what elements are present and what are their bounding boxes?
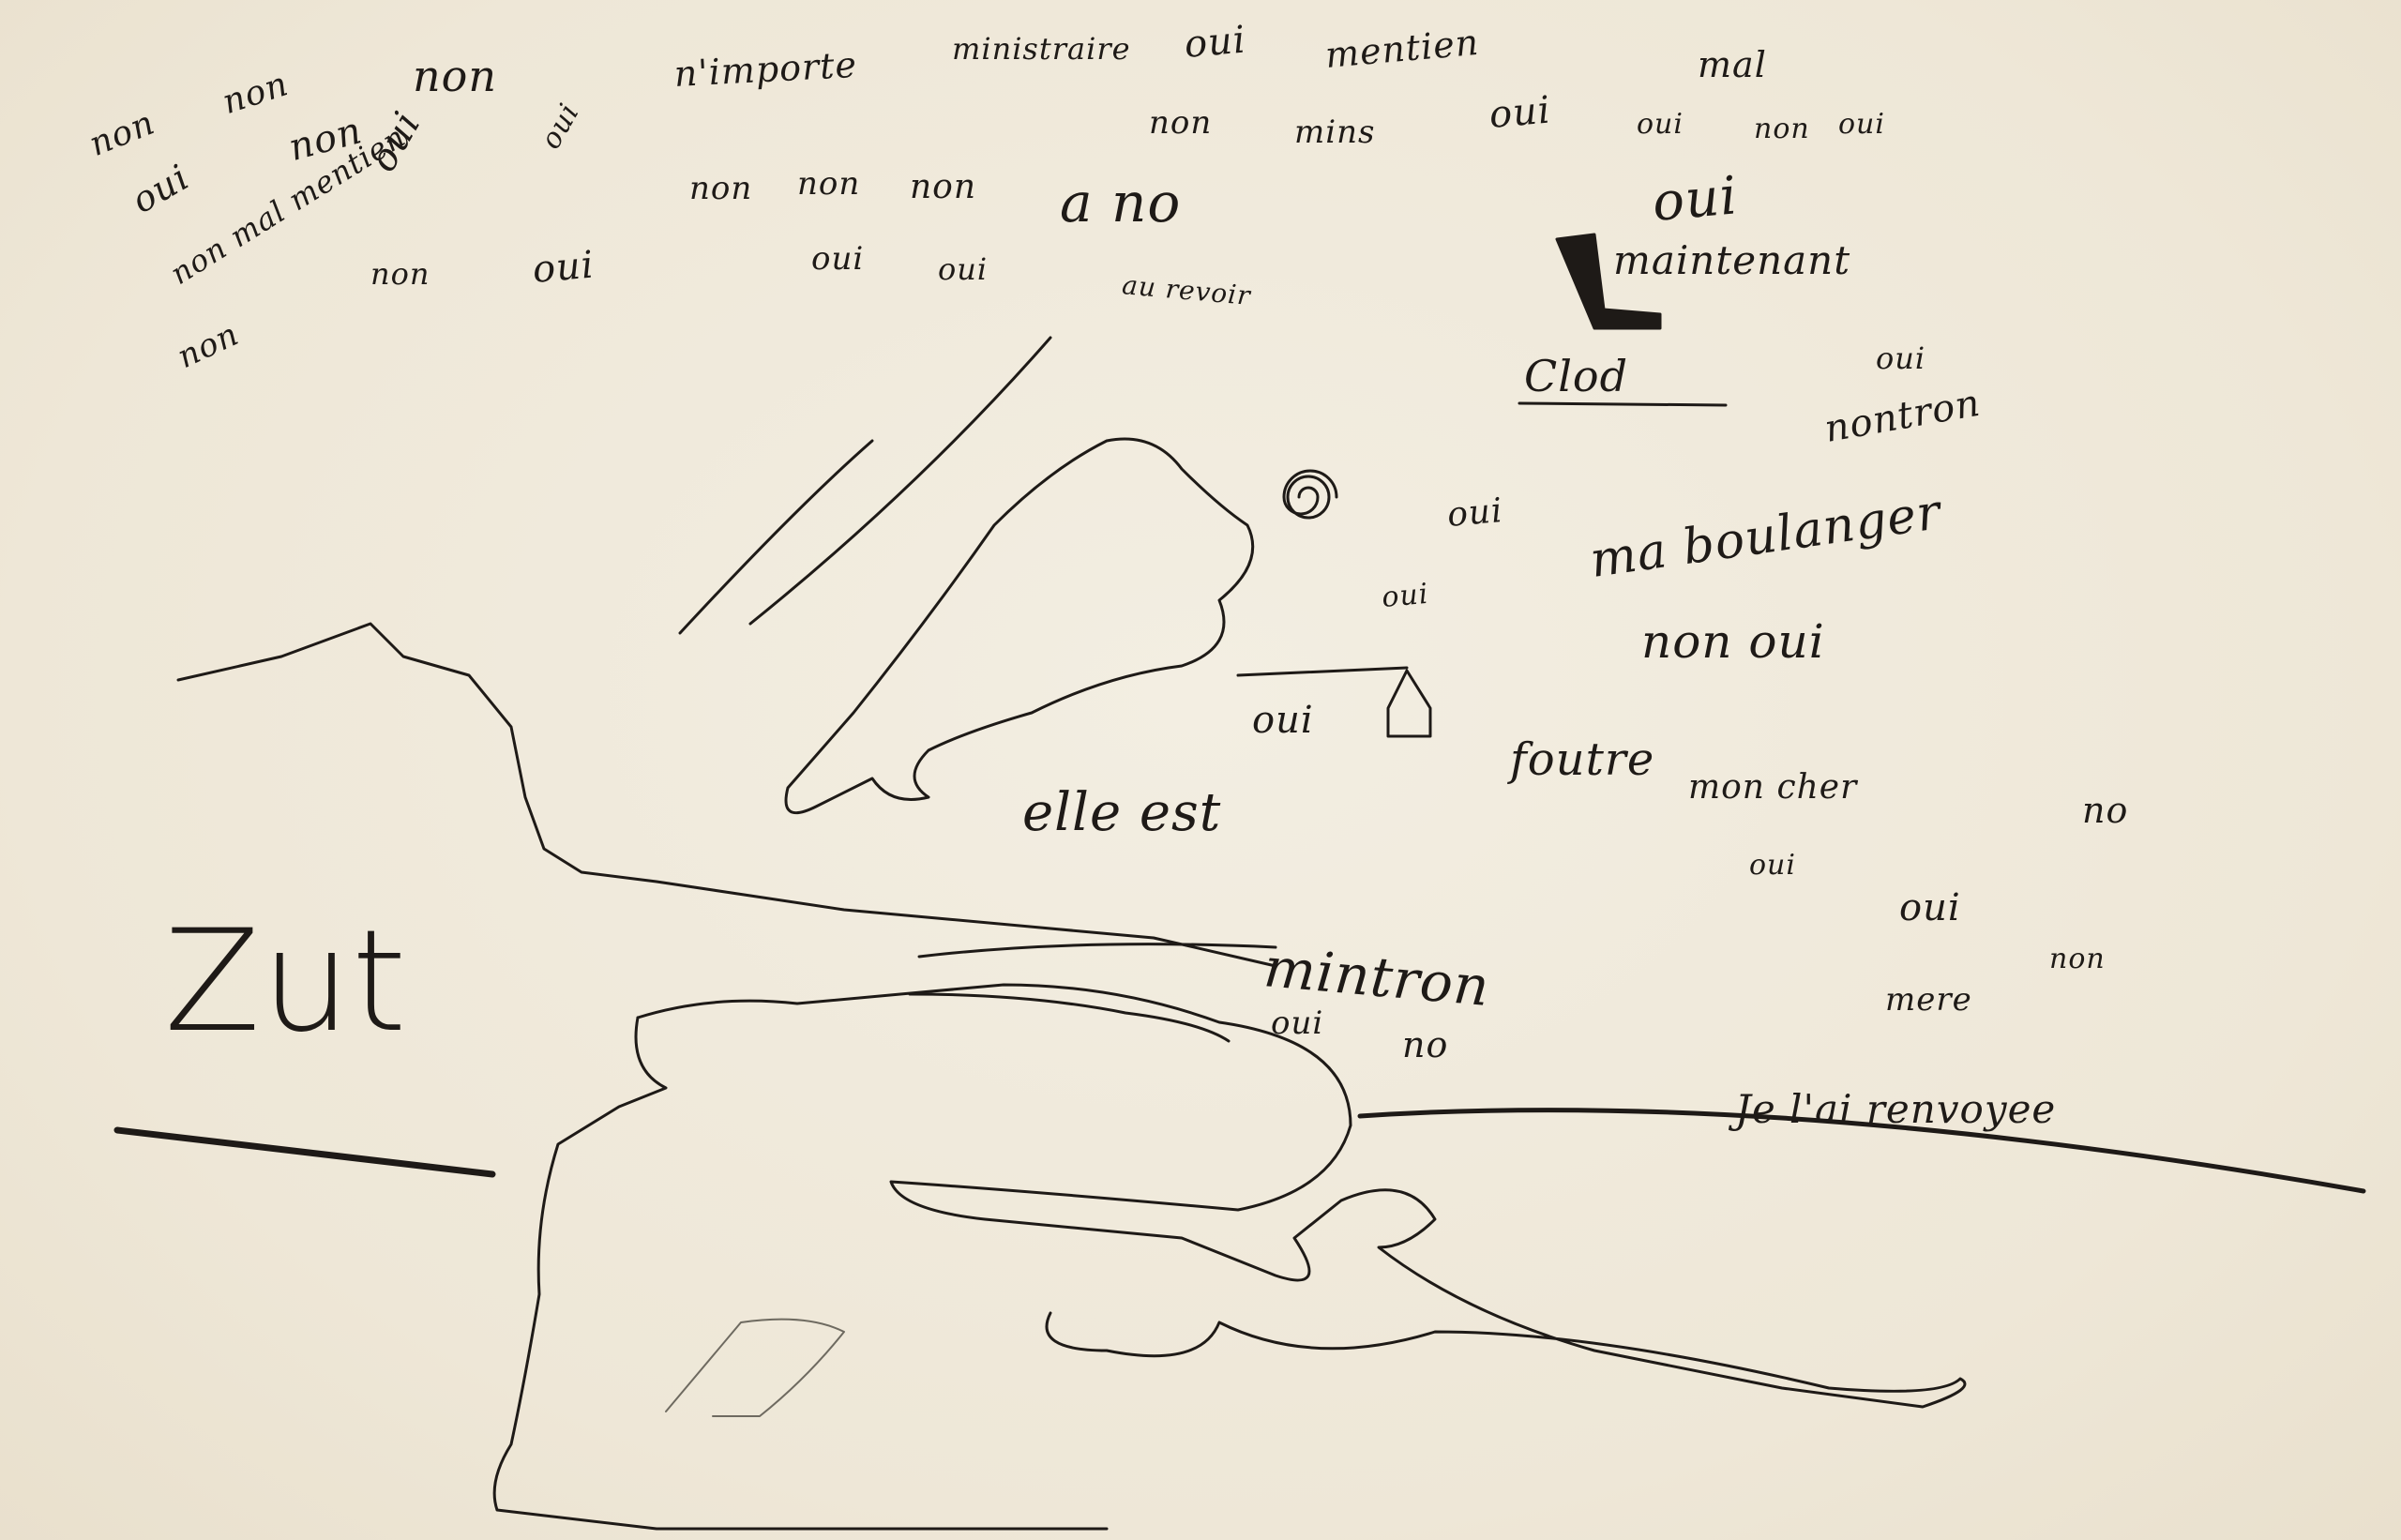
handwritten-word: oui	[1650, 165, 1740, 234]
handwritten-word: oui	[1487, 88, 1552, 137]
zut-word: Zut	[164, 900, 408, 1064]
handwritten-word: non oui	[1641, 614, 1825, 669]
paper-sheet: Zut nonnonnonouinonouinon mal mentienoui…	[0, 0, 2401, 1540]
handwritten-word: oui	[1381, 578, 1430, 614]
handwritten-word: non	[689, 170, 752, 207]
handwritten-word: Clod	[1524, 351, 1628, 401]
handwritten-word: oui	[1445, 491, 1504, 535]
handwritten-word: foutre	[1510, 733, 1654, 786]
handwritten-word: mal	[1698, 44, 1767, 85]
handwritten-word: mere	[1885, 981, 1972, 1019]
handwritten-word: oui	[1749, 849, 1796, 882]
handwritten-word: oui	[1252, 699, 1314, 742]
handwritten-word: non	[1149, 104, 1212, 142]
handwritten-word: oui	[1183, 18, 1247, 67]
handwritten-word: Je l'ai renvoyee	[1735, 1086, 2056, 1132]
handwritten-word: no	[2082, 790, 2128, 831]
handwritten-word: mins	[1294, 113, 1375, 151]
handwritten-word: oui	[1637, 108, 1684, 141]
handwritten-word: elle est	[1022, 782, 1221, 843]
handwritten-word: oui	[811, 240, 864, 278]
handwritten-word: mon cher	[1688, 768, 1857, 807]
handwritten-word: non	[413, 51, 497, 101]
handwritten-word: oui	[1899, 886, 1961, 929]
handwritten-word: oui	[1838, 108, 1885, 141]
handwritten-word: oui	[1271, 1004, 1323, 1042]
handwritten-word: maintenant	[1613, 237, 1850, 283]
handwritten-word: oui	[1876, 340, 1925, 376]
handwritten-word: ministraire	[952, 31, 1131, 67]
handwritten-word: non	[910, 168, 976, 206]
handwritten-word: no	[1402, 1024, 1448, 1065]
handwritten-word: non	[1754, 113, 1810, 145]
ink-line-drawing	[0, 0, 2401, 1540]
handwritten-word: non	[370, 256, 430, 292]
handwritten-word: oui	[531, 243, 596, 292]
handwritten-word: oui	[938, 251, 988, 287]
handwritten-word: a no	[1060, 171, 1181, 234]
handwritten-word: non	[797, 165, 860, 203]
handwritten-word: non	[2049, 943, 2106, 975]
